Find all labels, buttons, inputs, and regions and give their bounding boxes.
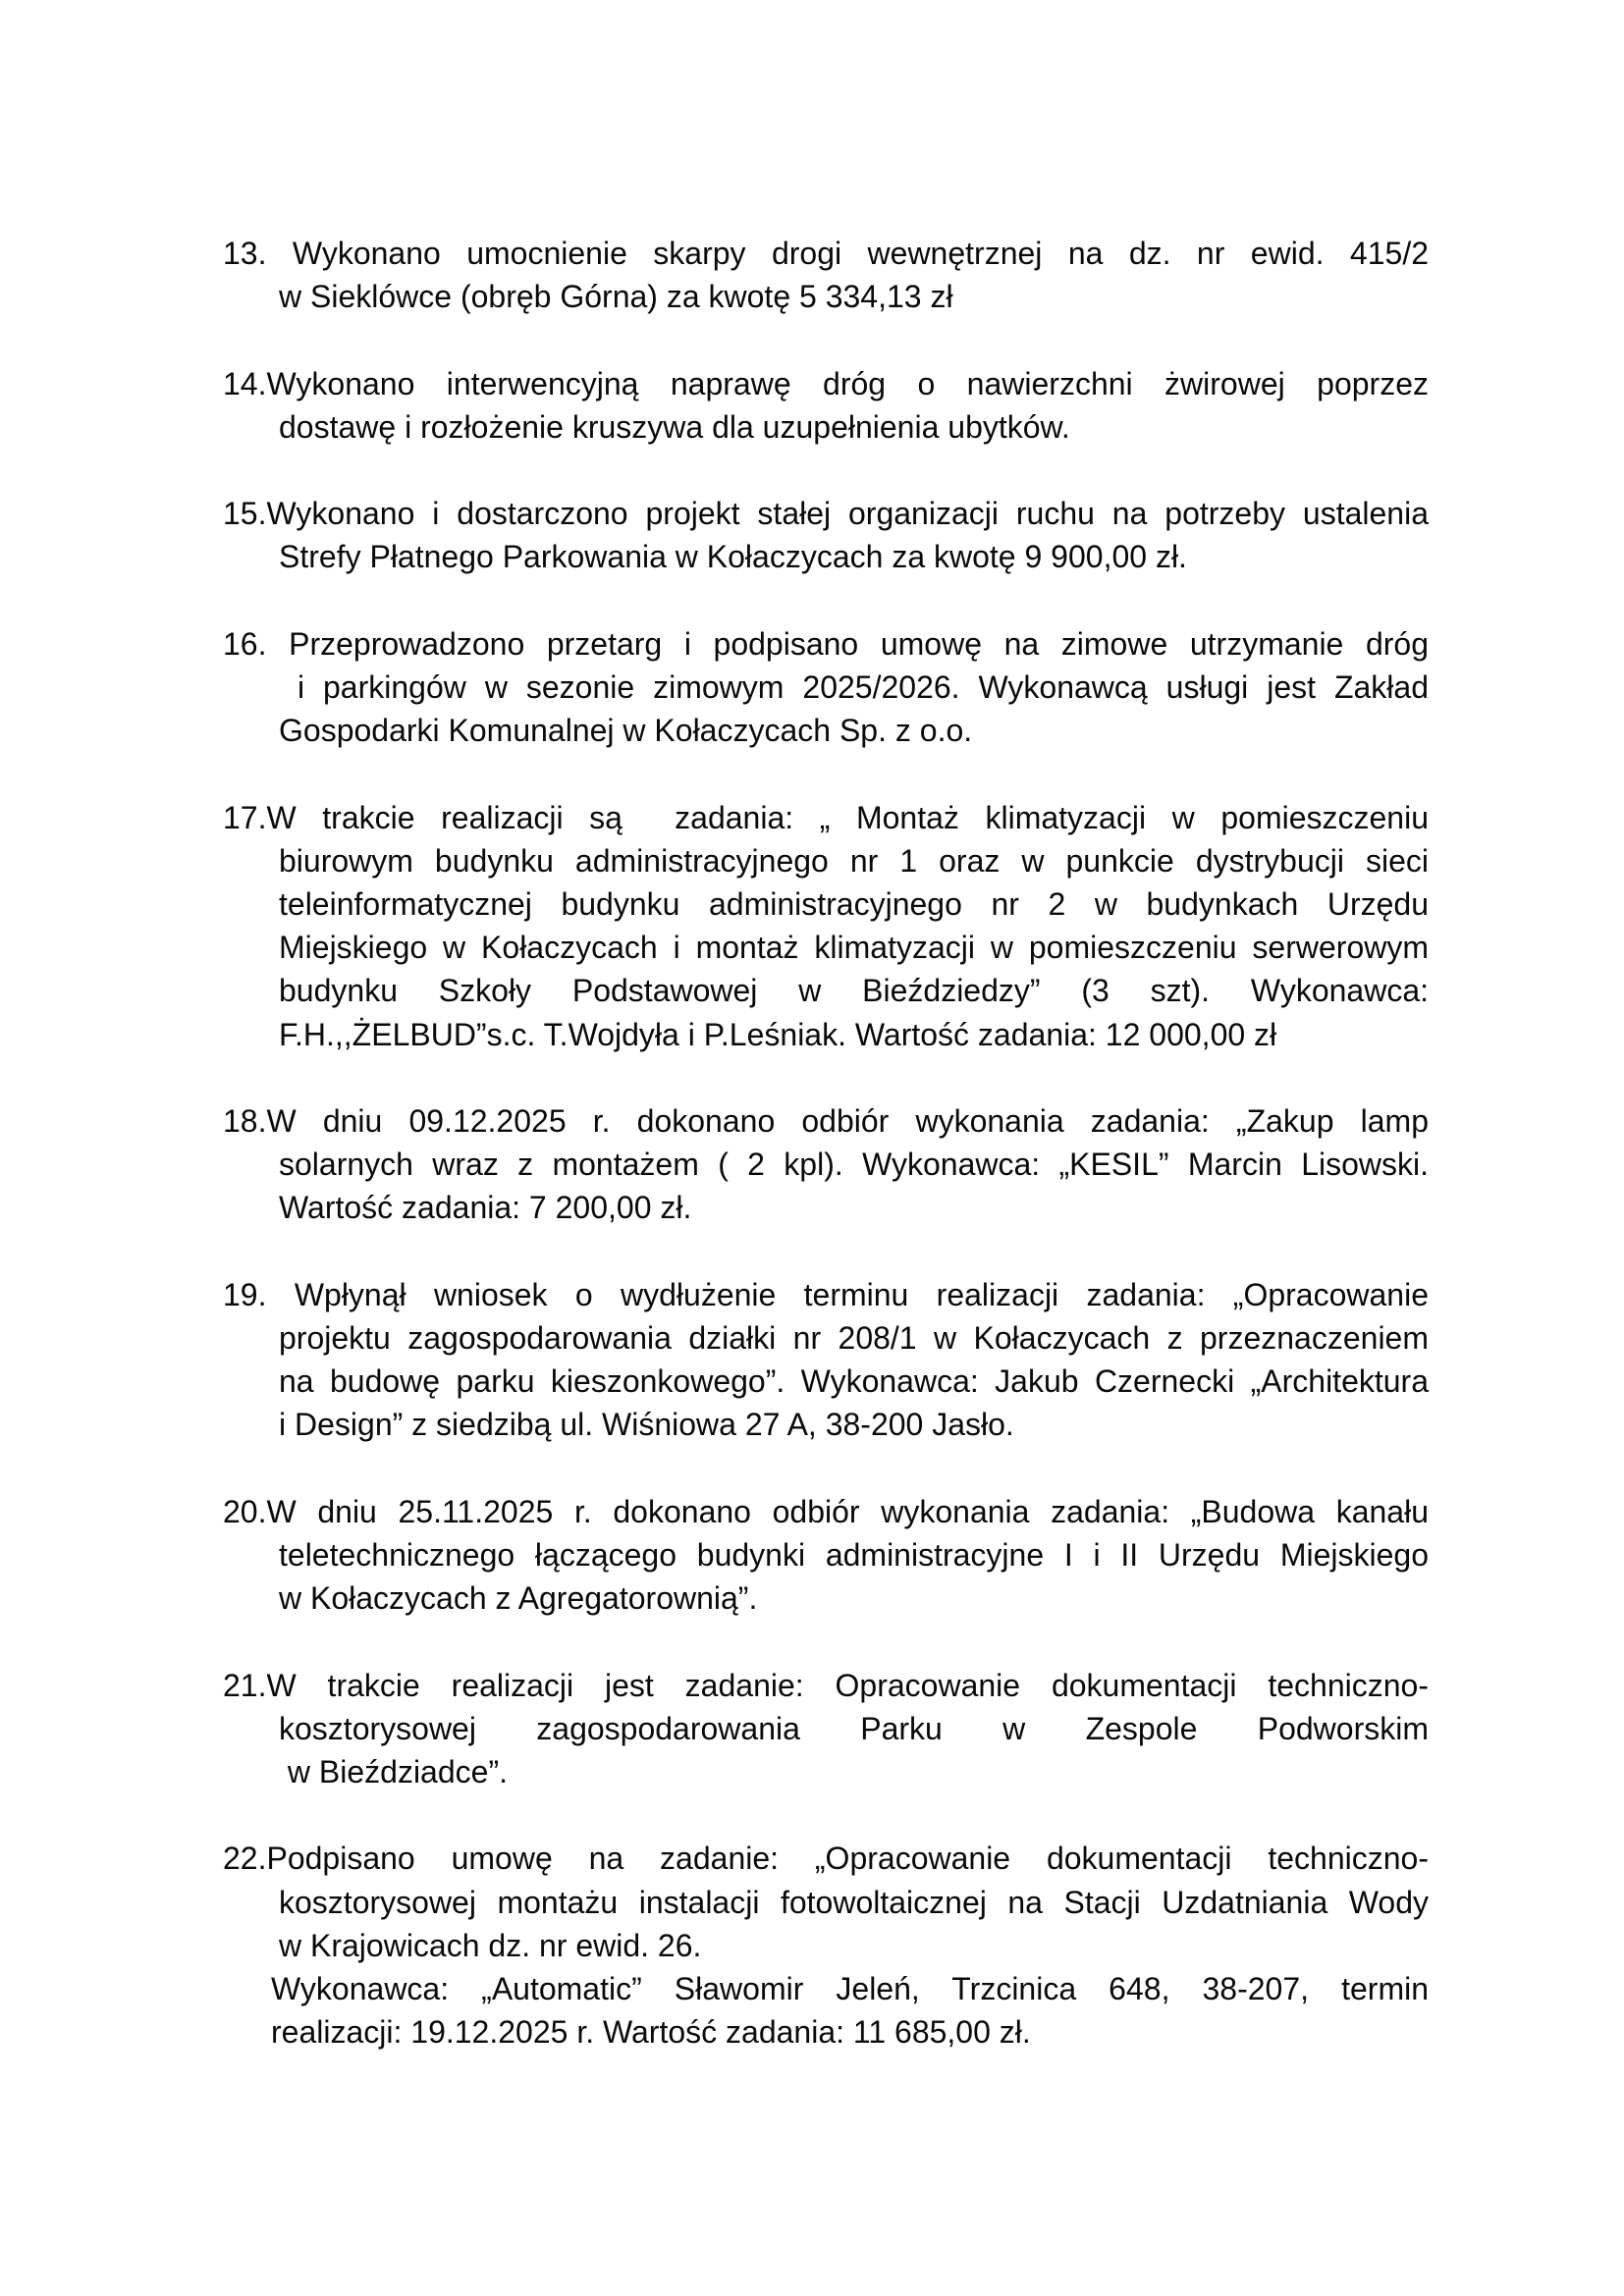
list-item-line: Gospodarki Komunalnej w Kołaczycach Sp. … — [279, 709, 1429, 752]
document-page: 13. Wykonano umocnienie skarpy drogi wew… — [0, 0, 1624, 2296]
list-item-line: teletechnicznego łączącego budynki admin… — [279, 1533, 1429, 1576]
list-item-line: w Sieklówce (obręb Górna) za kwotę 5 334… — [279, 275, 1429, 318]
list-item-line: 15.Wykonano i dostarczono projekt stałej… — [223, 492, 1429, 535]
list-item-number: 19. — [223, 1277, 295, 1312]
list-item-line: teleinformatycznej budynku administracyj… — [279, 882, 1429, 926]
list-item-line: 17.W trakcie realizacji są zadania: „ Mo… — [223, 796, 1429, 839]
list-item-line: Strefy Płatnego Parkowania w Kołaczycach… — [279, 535, 1429, 578]
list-item-line: w Krajowicach dz. nr ewid. 26. — [279, 1924, 1429, 1967]
list-item-line: projektu zagospodarowania działki nr 208… — [279, 1316, 1429, 1360]
list-item: 22.Podpisano umowę na zadanie: „Opracowa… — [223, 1837, 1429, 2054]
list-item-number: 18. — [223, 1103, 266, 1139]
list-item-line: biurowym budynku administracyjnego nr 1 … — [279, 839, 1429, 882]
list-item-number: 17. — [223, 800, 266, 835]
list-item-line: 21.W trakcie realizacji jest zadanie: Op… — [223, 1664, 1429, 1707]
list-item-line: 22.Podpisano umowę na zadanie: „Opracowa… — [223, 1837, 1429, 1880]
list-item-line: w Bieździadce”. — [279, 1750, 1429, 1793]
list-item-line: kosztorysowej montażu instalacji fotowol… — [279, 1881, 1429, 1924]
list-item-line: w Kołaczycach z Agregatorownią”. — [279, 1576, 1429, 1620]
list-item: 14.Wykonano interwencyjną naprawę dróg o… — [223, 362, 1429, 449]
list-item-line: i parkingów w sezonie zimowym 2025/2026.… — [279, 666, 1429, 709]
list-item-line: 19. Wpłynął wniosek o wydłużenie terminu… — [223, 1273, 1429, 1316]
list-item: 20.W dniu 25.11.2025 r. dokonano odbiór … — [223, 1490, 1429, 1621]
list-item-number: 22. — [223, 1841, 266, 1876]
list-item-line: solarnych wraz z montażem ( 2 kpl). Wyko… — [279, 1143, 1429, 1186]
list-item-line: Wykonawca: „Automatic” Sławomir Jeleń, T… — [271, 1967, 1429, 2010]
list-item: 15.Wykonano i dostarczono projekt stałej… — [223, 492, 1429, 578]
list-item-number: 13. — [223, 236, 293, 271]
list-item-number: 20. — [223, 1494, 266, 1529]
list-item-line: i Design” z siedzibą ul. Wiśniowa 27 A, … — [279, 1403, 1429, 1446]
list-item-line: 14.Wykonano interwencyjną naprawę dróg o… — [223, 362, 1429, 405]
list-item-number: 14. — [223, 366, 266, 401]
list-item: 17.W trakcie realizacji są zadania: „ Mo… — [223, 796, 1429, 1056]
list-item-line: na budowę parku kieszonkowego”. Wykonawc… — [279, 1360, 1429, 1403]
list-item: 19. Wpłynął wniosek o wydłużenie terminu… — [223, 1273, 1429, 1447]
list-item-line: kosztorysowej zagospodarowania Parku w Z… — [279, 1707, 1429, 1750]
list-item: 13. Wykonano umocnienie skarpy drogi wew… — [223, 232, 1429, 318]
document-body: 13. Wykonano umocnienie skarpy drogi wew… — [223, 232, 1429, 2098]
list-item-line: realizacji: 19.12.2025 r. Wartość zadani… — [271, 2010, 1429, 2054]
list-item-line: Miejskiego w Kołaczycach i montaż klimat… — [279, 926, 1429, 969]
list-item-line: Wartość zadania: 7 200,00 zł. — [279, 1186, 1429, 1229]
list-item-line: 18.W dniu 09.12.2025 r. dokonano odbiór … — [223, 1099, 1429, 1143]
list-item: 21.W trakcie realizacji jest zadanie: Op… — [223, 1664, 1429, 1794]
list-item: 18.W dniu 09.12.2025 r. dokonano odbiór … — [223, 1099, 1429, 1230]
list-item-line: 13. Wykonano umocnienie skarpy drogi wew… — [223, 232, 1429, 275]
list-item-line: 20.W dniu 25.11.2025 r. dokonano odbiór … — [223, 1490, 1429, 1533]
list-item-line: dostawę i rozłożenie kruszywa dla uzupeł… — [279, 405, 1429, 449]
list-item-number: 15. — [223, 496, 266, 531]
list-item-line: F.H.,,ŻELBUD”s.c. T.Wojdyła i P.Leśniak.… — [279, 1013, 1429, 1056]
list-item: 16. Przeprowadzono przetarg i podpisano … — [223, 622, 1429, 753]
list-item-line: 16. Przeprowadzono przetarg i podpisano … — [223, 622, 1429, 666]
list-item-line: budynku Szkoły Podstawowej w Bieździedzy… — [279, 969, 1429, 1012]
list-item-number: 21. — [223, 1668, 266, 1703]
list-item-number: 16. — [223, 626, 289, 662]
